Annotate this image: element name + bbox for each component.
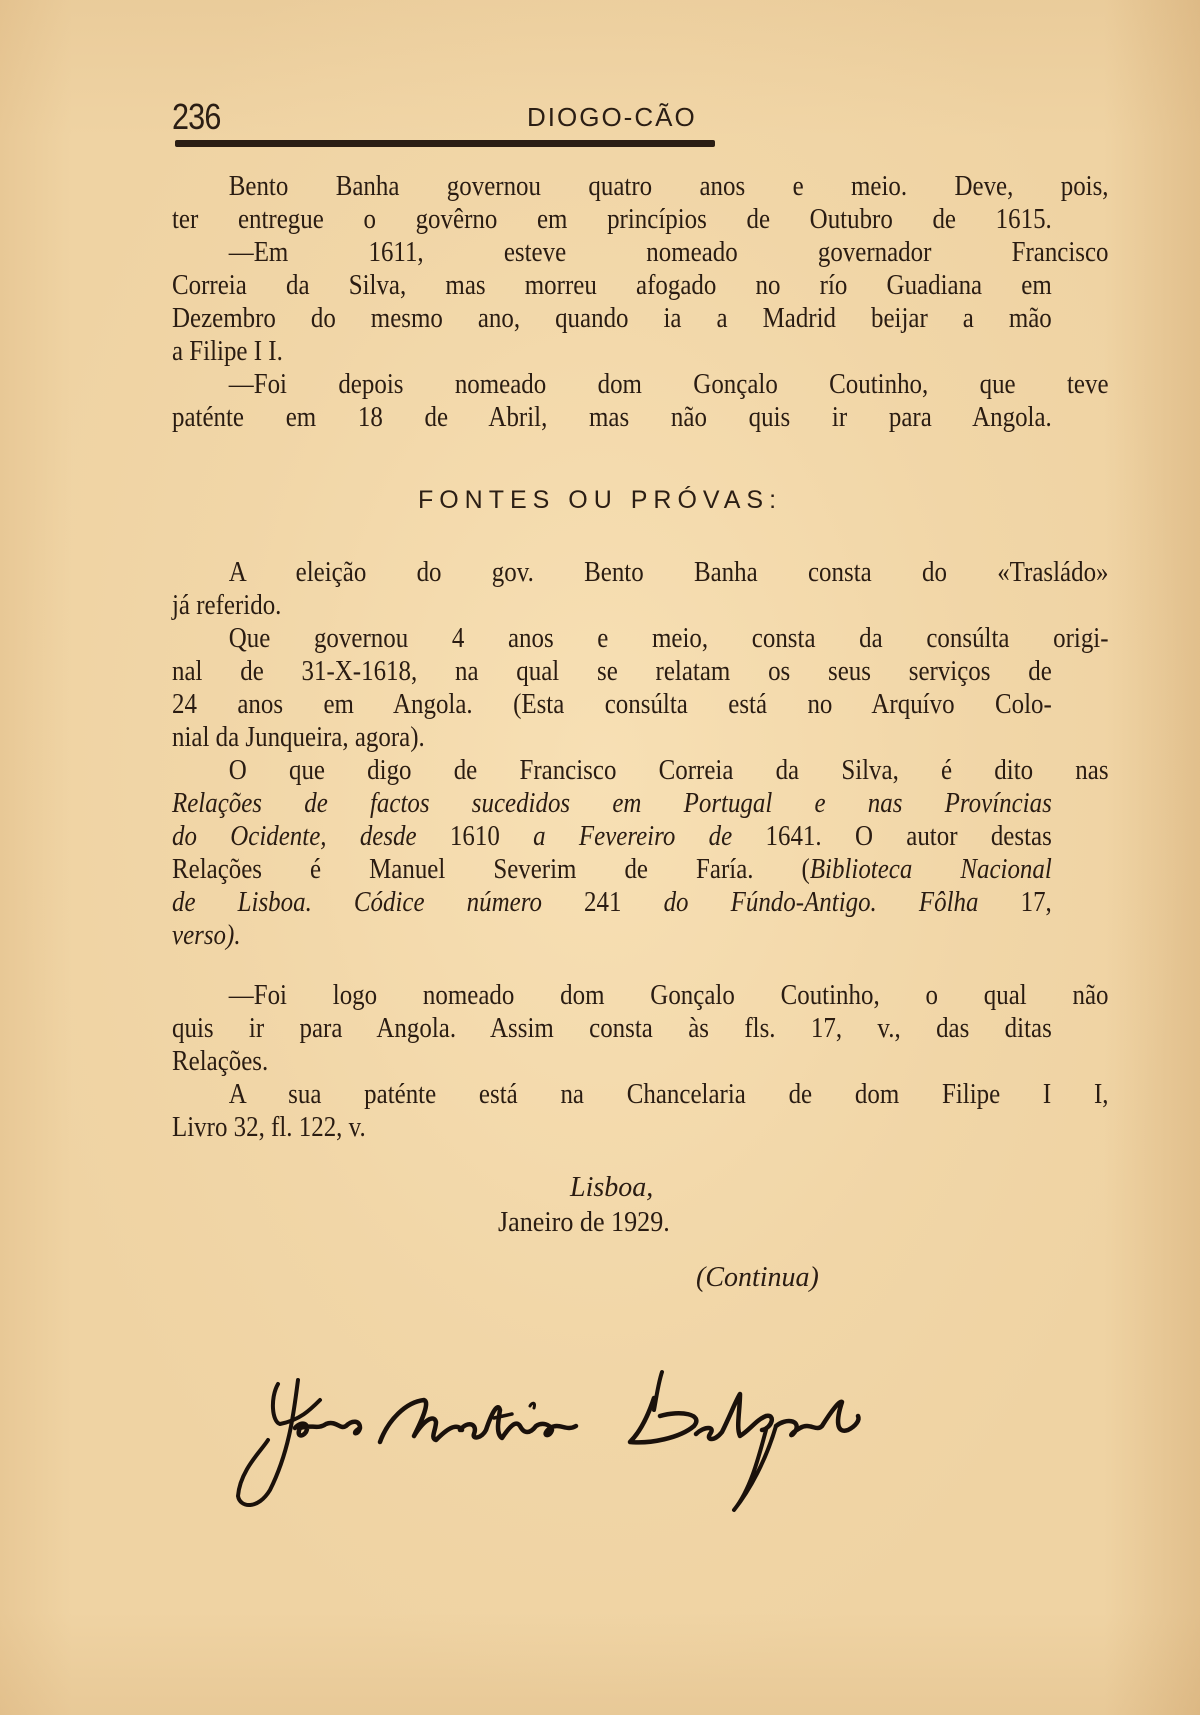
citation-fragment: Biblioteca Nacional xyxy=(810,853,1052,885)
sources-paragraphs: A eleição do gov. Bento Banha consta do … xyxy=(172,556,1052,952)
codex-number: 241 xyxy=(584,886,621,918)
dateline-city: Lisboa, xyxy=(570,1172,653,1204)
citation-fragment: . O autor destas xyxy=(815,820,1051,852)
citation-year: 1641 xyxy=(766,820,816,852)
text-line: paténte em 18 de Abril, mas não quis ir … xyxy=(172,401,1052,434)
citation-title-line: Relações de factos sucedidos em Portugal… xyxy=(172,787,1052,820)
continues-note: (Continua) xyxy=(696,1262,819,1294)
text-line: Relações é Manuel Severim de Faría. (Bib… xyxy=(172,853,1052,886)
citation-fragment: do Fúndo-Antigo. Fôlha xyxy=(621,886,1020,918)
text-line: a Filipe I I. xyxy=(172,335,1052,368)
header-rule xyxy=(175,140,715,147)
text-line: nial da Junqueira, agora). xyxy=(172,721,1052,754)
text-line: do Ocidente, desde 1610 a Fevereiro de 1… xyxy=(172,820,1052,853)
handwritten-signature: José Mathias Delgado xyxy=(210,1350,1060,1550)
citation-year: 1610 xyxy=(450,820,500,852)
body-paragraphs: Bento Banha governou quatro anos e meio.… xyxy=(172,170,1052,434)
folio-number: 17, xyxy=(1021,886,1052,918)
text-line: ter entregue o govêrno em princípios de … xyxy=(172,203,1052,236)
page-number: 236 xyxy=(172,96,221,138)
text-line: —Foi logo nomeado dom Gonçalo Coutinho, … xyxy=(172,979,1109,1012)
text-line: A eleição do gov. Bento Banha consta do … xyxy=(172,556,1109,589)
citation-fragment: Relações é Manuel Severim de Faría. ( xyxy=(172,853,810,885)
text-line: O que digo de Francisco Correia da Silva… xyxy=(172,754,1109,787)
text-line: nal de 31-X-1618, na qual se relatam os … xyxy=(172,655,1052,688)
text-line: já referido. xyxy=(172,589,1052,622)
dateline-date: Janeiro de 1929. xyxy=(498,1206,670,1239)
text-line: 24 anos em Angola. (Esta consúlta está n… xyxy=(172,688,1052,721)
citation-fragment: do Ocidente, desde xyxy=(172,820,450,852)
sources-paragraphs-continued: —Foi logo nomeado dom Gonçalo Coutinho, … xyxy=(172,979,1052,1144)
citation-fragment: de Lisboa. Códice número xyxy=(172,886,584,918)
text-line: —Em 1611, esteve nomeado governador Fran… xyxy=(172,236,1109,269)
running-head: 236 DIOGO-CÃO xyxy=(172,96,712,140)
scanned-page: 236 DIOGO-CÃO Bento Banha governou quatr… xyxy=(0,0,1200,1715)
section-heading: FONTES OU PRÓVAS: xyxy=(0,486,1200,515)
text-line: Correia da Silva, mas morreu afogado no … xyxy=(172,269,1052,302)
text-line: —Foi depois nomeado dom Gonçalo Coutinho… xyxy=(172,368,1109,401)
text-line: Relações. xyxy=(172,1045,1052,1078)
citation-fragment: a Fevereiro de xyxy=(500,820,766,852)
text-line: Bento Banha governou quatro anos e meio.… xyxy=(172,170,1109,203)
text-line: Livro 32, fl. 122, v. xyxy=(172,1111,1052,1144)
text-line: A sua paténte está na Chancelaria de dom… xyxy=(172,1078,1109,1111)
text-line: Dezembro do mesmo ano, quando ia a Madri… xyxy=(172,302,1052,335)
text-line: Que governou 4 anos e meio, consta da co… xyxy=(172,622,1109,655)
journal-title: DIOGO-CÃO xyxy=(527,102,697,133)
signature-icon xyxy=(210,1350,1060,1550)
text-line: de Lisboa. Códice número 241 do Fúndo-An… xyxy=(172,886,1052,919)
text-line: verso). xyxy=(172,919,1052,952)
text-line: quis ir para Angola. Assim consta às fls… xyxy=(172,1012,1052,1045)
